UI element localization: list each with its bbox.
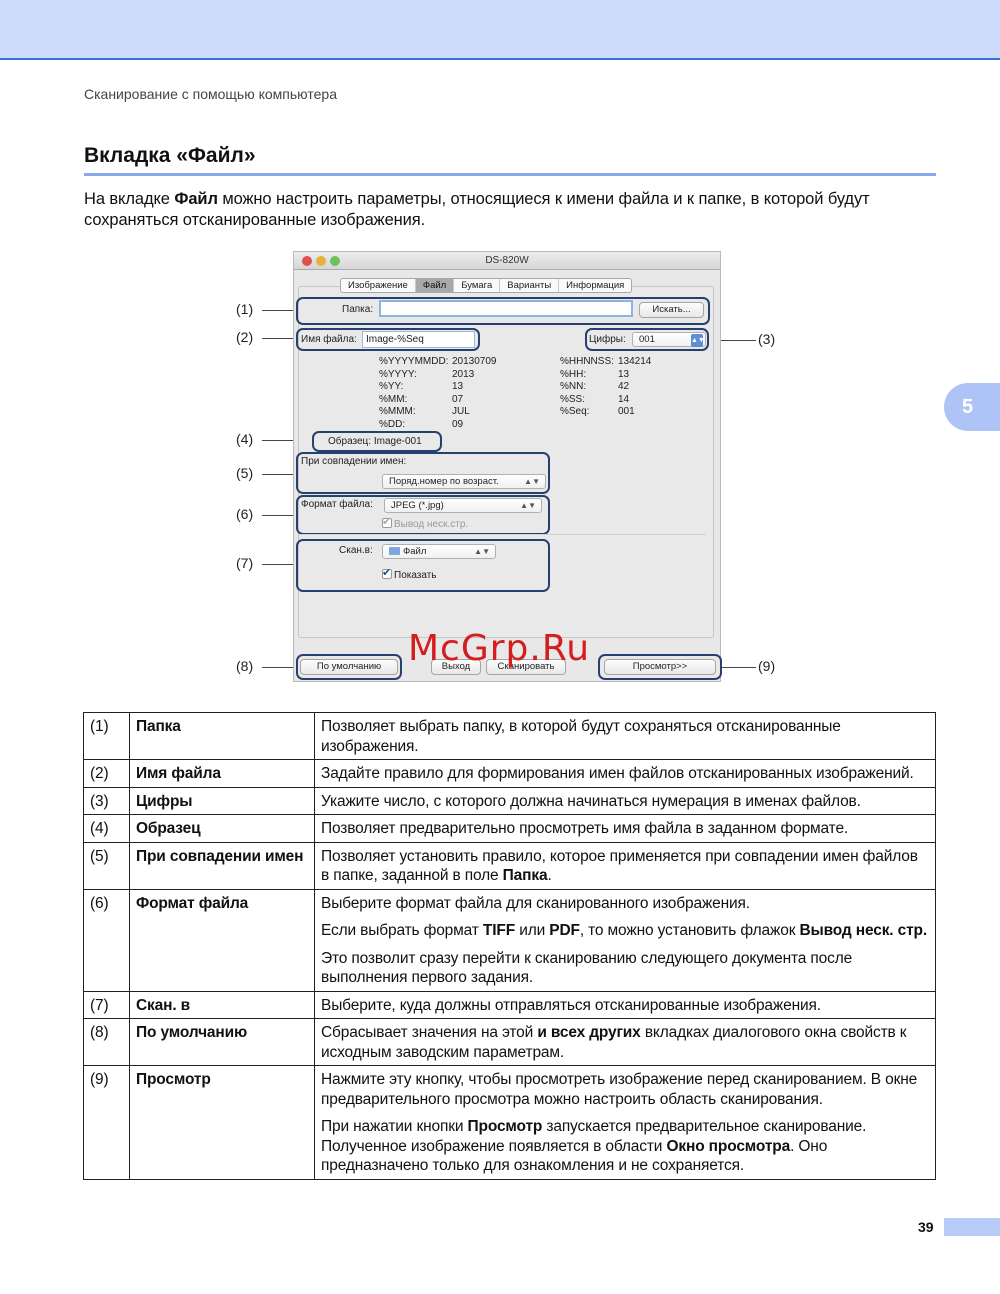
file-format-value: JPEG (*.jpg) <box>391 500 444 511</box>
token-value: 09 <box>452 419 463 430</box>
token-value: 07 <box>452 394 463 405</box>
token-key: %YY: <box>379 381 452 392</box>
row-term: Образец <box>130 815 315 843</box>
row-term: Цифры <box>130 787 315 815</box>
row-number: (6) <box>84 889 130 991</box>
page-number-bar <box>944 1218 1000 1236</box>
checkbox-checked-icon <box>382 518 392 528</box>
token-row: %Seq:001 <box>560 406 635 417</box>
table-row: (3)ЦифрыУкажите число, с которого должна… <box>84 787 936 815</box>
token-value: 13 <box>618 369 629 380</box>
default-button[interactable]: По умолчанию <box>300 659 398 675</box>
callout-8: (8) <box>236 658 253 674</box>
token-row: %MM:07 <box>379 394 463 405</box>
dialog-titlebar: DS-820W <box>294 252 720 270</box>
multipage-checkbox[interactable]: Вывод неск.стр. <box>382 518 468 530</box>
tab-info[interactable]: Информация <box>559 279 631 292</box>
table-row: (8)По умолчаниюСбрасывает значения на эт… <box>84 1019 936 1066</box>
callout-2: (2) <box>236 329 253 345</box>
row-number: (8) <box>84 1019 130 1066</box>
token-key: %YYYY: <box>379 369 452 380</box>
select-arrows-icon: ▲▼ <box>520 499 536 512</box>
token-row: %MMM:JUL <box>379 406 470 417</box>
token-key: %Seq: <box>560 406 618 417</box>
select-arrows-icon: ▲▼ <box>524 475 540 488</box>
row-term: Папка <box>130 713 315 760</box>
filename-label: Имя файла: <box>301 334 357 345</box>
breadcrumb: Сканирование с помощью компьютера <box>84 86 337 102</box>
row-description: Укажите число, с которого должна начинат… <box>315 787 936 815</box>
table-row: (2)Имя файлаЗадайте правило для формиров… <box>84 760 936 788</box>
token-key: %HH: <box>560 369 618 380</box>
token-key: %DD: <box>379 419 452 430</box>
token-row: %YYYY:2013 <box>379 369 474 380</box>
intro-paragraph: На вкладке Файл можно настроить параметр… <box>84 189 944 231</box>
zoom-window-icon[interactable] <box>330 256 340 266</box>
token-row: %HH:13 <box>560 369 629 380</box>
scan-to-label: Скан.в: <box>339 545 373 556</box>
folder-input[interactable] <box>379 300 633 317</box>
page-number: 39 <box>918 1219 934 1235</box>
tab-paper[interactable]: Бумага <box>454 279 500 292</box>
digits-value: 001 <box>639 334 655 345</box>
token-key: %YYYYMMDD: <box>379 356 452 367</box>
row-number: (2) <box>84 760 130 788</box>
tab-image[interactable]: Изображение <box>341 279 416 292</box>
row-number: (9) <box>84 1066 130 1180</box>
row-term: Формат файла <box>130 889 315 991</box>
filename-input[interactable]: Image-%Seq <box>362 331 475 348</box>
row-description: Позволяет выбрать папку, в которой будут… <box>315 713 936 760</box>
token-value: 20130709 <box>452 356 497 367</box>
token-value: 2013 <box>452 369 474 380</box>
token-row: %SS:14 <box>560 394 629 405</box>
scan-to-select[interactable]: Файл ▲▼ <box>382 544 496 559</box>
row-description: Выберите формат файла для сканированного… <box>315 889 936 991</box>
token-value: JUL <box>452 406 470 417</box>
token-row: %YY:13 <box>379 381 463 392</box>
tab-file[interactable]: Файл <box>416 279 454 292</box>
select-arrows-icon: ▲▼ <box>474 545 490 558</box>
table-row: (9)ПросмотрНажмите эту кнопку, чтобы про… <box>84 1066 936 1180</box>
row-term: При совпадении имен <box>130 842 315 889</box>
row-description: Позволяет установить правило, которое пр… <box>315 842 936 889</box>
watermark: McGrp.Ru <box>408 628 590 669</box>
file-format-label: Формат файла: <box>301 499 373 510</box>
token-key: %MM: <box>379 394 452 405</box>
name-conflict-value: Поряд.номер по возраст. <box>389 476 499 487</box>
folder-label: Папка: <box>342 304 373 315</box>
callout-3: (3) <box>758 331 775 347</box>
leader-line <box>722 667 756 668</box>
page-title: Вкладка «Файл» <box>84 144 256 168</box>
token-value: 42 <box>618 381 629 392</box>
token-key: %NN: <box>560 381 618 392</box>
minimize-window-icon[interactable] <box>316 256 326 266</box>
table-row: (6)Формат файлаВыберите формат файла для… <box>84 889 936 991</box>
token-key: %MMM: <box>379 406 452 417</box>
token-row: %HHNNSS:134214 <box>560 356 651 367</box>
row-description: Задайте правило для формирования имен фа… <box>315 760 936 788</box>
row-term: Скан. в <box>130 991 315 1019</box>
token-key: %SS: <box>560 394 618 405</box>
chapter-tab[interactable]: 5 <box>944 383 1000 431</box>
callout-7: (7) <box>236 555 253 571</box>
row-number: (3) <box>84 787 130 815</box>
tab-options[interactable]: Варианты <box>500 279 559 292</box>
row-term: По умолчанию <box>130 1019 315 1066</box>
title-divider <box>84 173 936 176</box>
token-value: 134214 <box>618 356 651 367</box>
stepper-arrows-icon[interactable]: ▲▼ <box>691 334 703 347</box>
show-checkbox[interactable]: Показать <box>382 569 437 581</box>
sample-label: Образец: Image-001 <box>328 436 422 447</box>
section-divider <box>298 534 706 535</box>
token-value: 14 <box>618 394 629 405</box>
table-row: (4)ОбразецПозволяет предварительно просм… <box>84 815 936 843</box>
row-description: Выберите, куда должны отправляться отска… <box>315 991 936 1019</box>
row-description: Позволяет предварительно просмотреть имя… <box>315 815 936 843</box>
row-term: Просмотр <box>130 1066 315 1180</box>
name-conflict-label: При совпадении имен: <box>301 456 406 467</box>
description-table: (1)ПапкаПозволяет выбрать папку, в котор… <box>83 712 936 1180</box>
header-band <box>0 0 1000 60</box>
table-row: (5)При совпадении именПозволяет установи… <box>84 842 936 889</box>
scan-to-value: Файл <box>403 546 426 557</box>
row-number: (7) <box>84 991 130 1019</box>
row-description: Сбрасывает значения на этой и всех други… <box>315 1019 936 1066</box>
callout-9: (9) <box>758 658 775 674</box>
token-row: %DD:09 <box>379 419 463 430</box>
dialog-title: DS-820W <box>485 255 528 266</box>
digits-select[interactable]: 001 ▲▼ <box>632 332 706 347</box>
row-term: Имя файла <box>130 760 315 788</box>
file-format-select[interactable]: JPEG (*.jpg) ▲▼ <box>384 498 542 513</box>
row-number: (4) <box>84 815 130 843</box>
table-row: (7)Скан. вВыберите, куда должны отправля… <box>84 991 936 1019</box>
digits-label: Цифры: <box>589 334 626 345</box>
row-description: Нажмите эту кнопку, чтобы просмотреть из… <box>315 1066 936 1180</box>
sample-value: Image-001 <box>374 436 422 447</box>
token-row: %NN:42 <box>560 381 629 392</box>
row-number: (1) <box>84 713 130 760</box>
close-window-icon[interactable] <box>302 256 312 266</box>
checkbox-checked-icon <box>382 569 392 579</box>
token-key: %HHNNSS: <box>560 356 618 367</box>
preview-button[interactable]: Просмотр>> <box>604 659 716 675</box>
table-row: (1)ПапкаПозволяет выбрать папку, в котор… <box>84 713 936 760</box>
tab-bar: Изображение Файл Бумага Варианты Информа… <box>340 278 632 293</box>
token-row: %YYYYMMDD:20130709 <box>379 356 497 367</box>
callout-6: (6) <box>236 506 253 522</box>
row-number: (5) <box>84 842 130 889</box>
folder-icon <box>389 547 400 555</box>
token-value: 13 <box>452 381 463 392</box>
token-value: 001 <box>618 406 635 417</box>
name-conflict-select[interactable]: Поряд.номер по возраст. ▲▼ <box>382 474 546 489</box>
scan-settings-dialog: DS-820W Изображение Файл Бумага Варианты… <box>293 251 721 682</box>
browse-button[interactable]: Искать... <box>639 302 704 318</box>
callout-4: (4) <box>236 431 253 447</box>
callout-1: (1) <box>236 301 253 317</box>
callout-5: (5) <box>236 465 253 481</box>
